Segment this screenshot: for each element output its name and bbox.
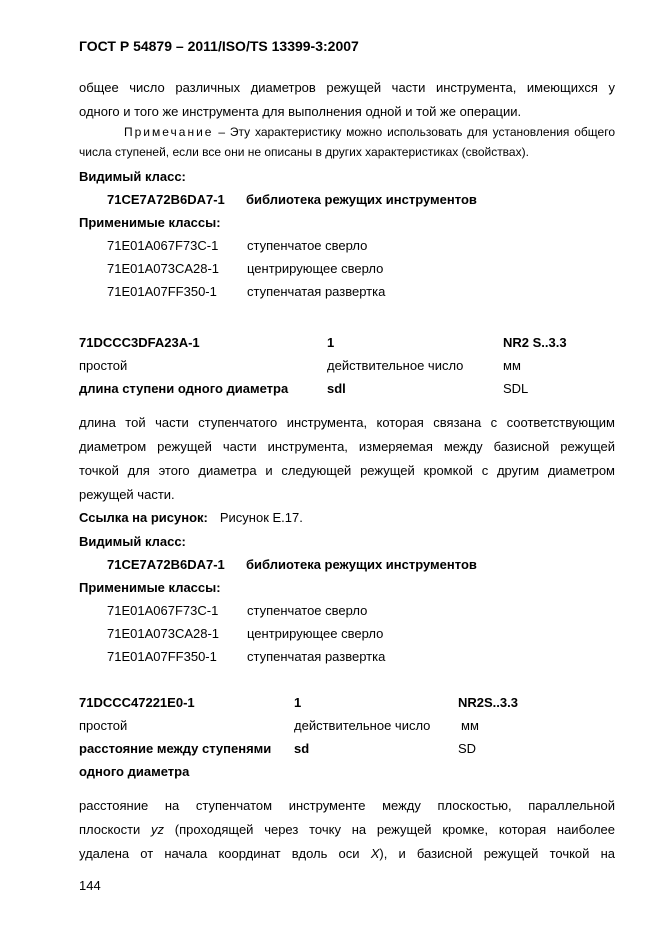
property-version: 1: [327, 332, 334, 354]
class-name: ступенчатое сверло: [247, 238, 367, 253]
class-code: 71E01A07FF350-1: [107, 281, 247, 303]
property-name: длина ступени одного диаметра: [79, 378, 288, 400]
property-id: 71DCCC3DFA23A-1: [79, 332, 200, 354]
text-line: диаметром режущей части инструмента, изм…: [79, 435, 615, 459]
text-line: точкой для этого диаметра и следующей ре…: [79, 459, 615, 483]
note: Примечание – Эту характеристику можно ис…: [79, 122, 615, 162]
visible-class-label: Видимый класс:: [79, 531, 186, 553]
text-line: плоскости yz (проходящей через точку на …: [79, 818, 615, 842]
property-version: 1: [294, 692, 301, 714]
note-line: Примечание – Эту характеристику можно ис…: [79, 122, 615, 142]
property-kind: простой: [79, 355, 127, 377]
class-name: ступенчатое сверло: [247, 603, 367, 618]
visible-class-row: 71CE7A72B6DA7-1библиотека режущих инстру…: [107, 189, 477, 211]
text-line: одного и того же инструмента для выполне…: [79, 100, 615, 124]
property-code: SD: [458, 738, 476, 760]
text-line: удалена от начала координат вдоль оси X)…: [79, 842, 615, 866]
text-line: общее число различных диаметров режущей …: [79, 76, 615, 100]
property-id: 71DCCC47221E0-1: [79, 692, 195, 714]
page-number: 144: [79, 878, 101, 893]
figure-ref-label: Ссылка на рисунок:: [79, 510, 208, 525]
visible-class-row: 71CE7A72B6DA7-1библиотека режущих инстру…: [107, 554, 477, 576]
text-line: режущей части.: [79, 483, 615, 507]
applicable-class-row: 71E01A073CA28-1центрирующее сверло: [107, 623, 383, 645]
property-symbol: sdl: [327, 378, 346, 400]
class-code: 71E01A073CA28-1: [107, 258, 247, 280]
property-datatype: действительное число: [294, 715, 430, 737]
class-name: библиотека режущих инструментов: [246, 557, 477, 572]
property-unit: мм: [461, 715, 479, 737]
property-ref: NR2 S..3.3: [503, 332, 567, 354]
property-datatype: действительное число: [327, 355, 463, 377]
class-code: 71E01A07FF350-1: [107, 646, 247, 668]
class-code: 71CE7A72B6DA7-1: [107, 189, 246, 211]
class-name: центрирующее сверло: [247, 261, 383, 276]
property-kind: простой: [79, 715, 127, 737]
applicable-classes-label: Применимые классы:: [79, 212, 221, 234]
class-code: 71E01A067F73C-1: [107, 235, 247, 257]
text-line: длина той части ступенчатого инструмента…: [79, 411, 615, 435]
visible-class-label: Видимый класс:: [79, 166, 186, 188]
property-name: расстояние между ступенями: [79, 738, 271, 760]
italic-term: yz: [151, 822, 164, 837]
note-label: Примечание: [124, 125, 213, 139]
applicable-class-row: 71E01A067F73C-1ступенчатое сверло: [107, 600, 367, 622]
class-name: центрирующее сверло: [247, 626, 383, 641]
property-symbol: sd: [294, 738, 309, 760]
intro-paragraph: общее число различных диаметров режущей …: [79, 76, 615, 124]
figure-ref-value: Рисунок Е.17.: [220, 510, 303, 525]
document-header: ГОСТ Р 54879 – 2011/ISO/TS 13399-3:2007: [79, 38, 359, 54]
applicable-class-row: 71E01A07FF350-1ступенчатая развертка: [107, 281, 385, 303]
note-line: числа ступеней, если все они не описаны …: [79, 142, 615, 162]
property-name-continued: одного диаметра: [79, 761, 189, 783]
class-name: ступенчатая развертка: [247, 284, 385, 299]
class-name: библиотека режущих инструментов: [246, 192, 477, 207]
text-line: расстояние на ступенчатом инструменте ме…: [79, 794, 615, 818]
property-definition: расстояние на ступенчатом инструменте ме…: [79, 794, 615, 866]
applicable-class-row: 71E01A067F73C-1ступенчатое сверло: [107, 235, 367, 257]
class-code: 71E01A067F73C-1: [107, 600, 247, 622]
applicable-class-row: 71E01A07FF350-1ступенчатая развертка: [107, 646, 385, 668]
applicable-classes-label: Применимые классы:: [79, 577, 221, 599]
property-ref: NR2S..3.3: [458, 692, 518, 714]
class-code: 71CE7A72B6DA7-1: [107, 554, 246, 576]
property-code: SDL: [503, 378, 528, 400]
property-definition: длина той части ступенчатого инструмента…: [79, 411, 615, 507]
class-code: 71E01A073CA28-1: [107, 623, 247, 645]
figure-reference: Ссылка на рисунок:Рисунок Е.17.: [79, 507, 303, 529]
class-name: ступенчатая развертка: [247, 649, 385, 664]
property-unit: мм: [503, 355, 521, 377]
applicable-class-row: 71E01A073CA28-1центрирующее сверло: [107, 258, 383, 280]
